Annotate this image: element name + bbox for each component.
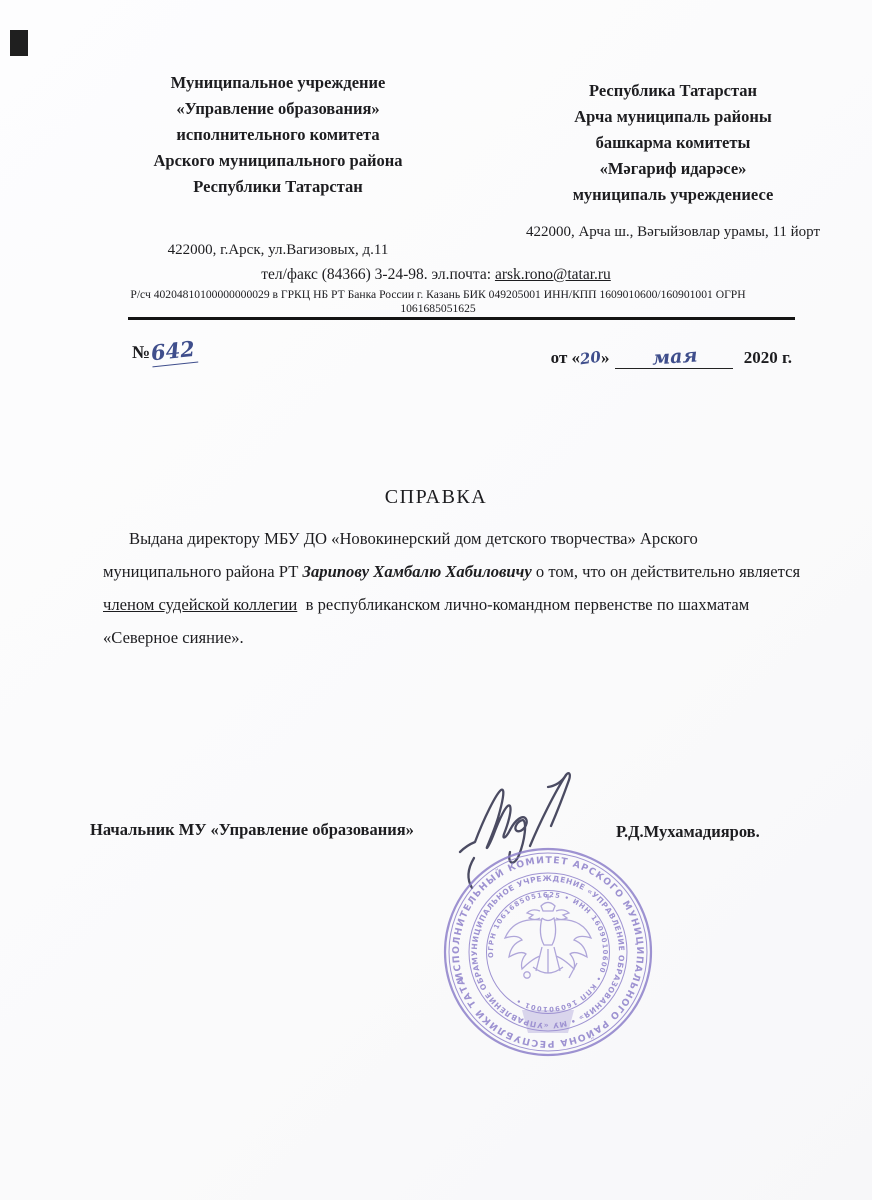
org-line: муниципаль учреждениесе: [498, 182, 848, 208]
org-line: Республика Татарстан: [498, 78, 848, 104]
person-name: Зарипову Хамбалю Хабиловичу: [303, 562, 532, 581]
official-round-stamp: ИСПОЛНИТЕЛЬНЫЙ КОМИТЕТ АРСКОГО МУНИЦИПАЛ…: [438, 842, 658, 1062]
contact-line: тел/факс (84366) 3-24-98. эл.почта: arsk…: [0, 266, 872, 284]
date-blank-line: мая: [615, 346, 733, 369]
phone-fax-text: тел/факс (84366) 3-24-98. эл.почта:: [261, 266, 495, 283]
org-line: «Управление образования»: [118, 96, 438, 122]
scanned-document-page: Муниципальное учреждение «Управление обр…: [0, 0, 872, 1200]
signatory-position: Начальник МУ «Управление образования»: [90, 820, 414, 840]
org-line: Республики Татарстан: [118, 174, 438, 200]
header-left-org: Муниципальное учреждение «Управление обр…: [118, 70, 438, 260]
org-line: Арского муниципального района: [118, 148, 438, 174]
org-address-left: 422000, г.Арск, ул.Вагизовых, д.11: [118, 240, 438, 260]
handwritten-day: 20: [579, 348, 602, 369]
header-divider-rule: [128, 317, 795, 320]
email-text: arsk.rono@tatar.ru: [495, 266, 611, 283]
date-prefix: от «: [551, 348, 580, 367]
stamp-bottom-plate: [522, 1010, 574, 1033]
bank-details: Р/сч 40204810100000000029 в ГРКЦ НБ РТ Б…: [86, 288, 790, 315]
header-right-org: Республика Татарстан Арча муниципаль рай…: [498, 78, 848, 242]
org-line: исполнительного комитета: [118, 122, 438, 148]
underlined-role: членом судейской коллегии: [103, 595, 297, 614]
bank-line-2: 1061685051625: [86, 302, 790, 316]
date-close-quote: »: [601, 348, 610, 367]
signatory-name: Р.Д.Мухамадияров.: [616, 822, 760, 842]
number-sign: №: [132, 342, 150, 362]
scan-artifact-mark: [10, 30, 28, 56]
doc-date: от «20»мая 2020 г.: [551, 346, 792, 369]
org-line: башкарма комитеты: [498, 130, 848, 156]
handwritten-month: мая: [651, 344, 698, 369]
org-line: Арча муниципаль районы: [498, 104, 848, 130]
body-paragraph: Выдана директору МБУ ДО «Новокинерский д…: [103, 522, 803, 654]
handwritten-number: 642: [150, 336, 198, 368]
bank-line-1: Р/сч 40204810100000000029 в ГРКЦ НБ РТ Б…: [86, 288, 790, 302]
org-line: «Мәгариф идарәсе»: [498, 156, 848, 182]
doc-number: №642: [132, 338, 197, 365]
org-address-right: 422000, Арча ш., Вәгыйзовлар урамы, 11 й…: [498, 222, 848, 242]
body-text-middle: о том, что он действительно является: [532, 562, 800, 581]
document-title: СПРАВКА: [0, 486, 872, 509]
org-line: Муниципальное учреждение: [118, 70, 438, 96]
date-year: 2020 г.: [739, 348, 792, 367]
